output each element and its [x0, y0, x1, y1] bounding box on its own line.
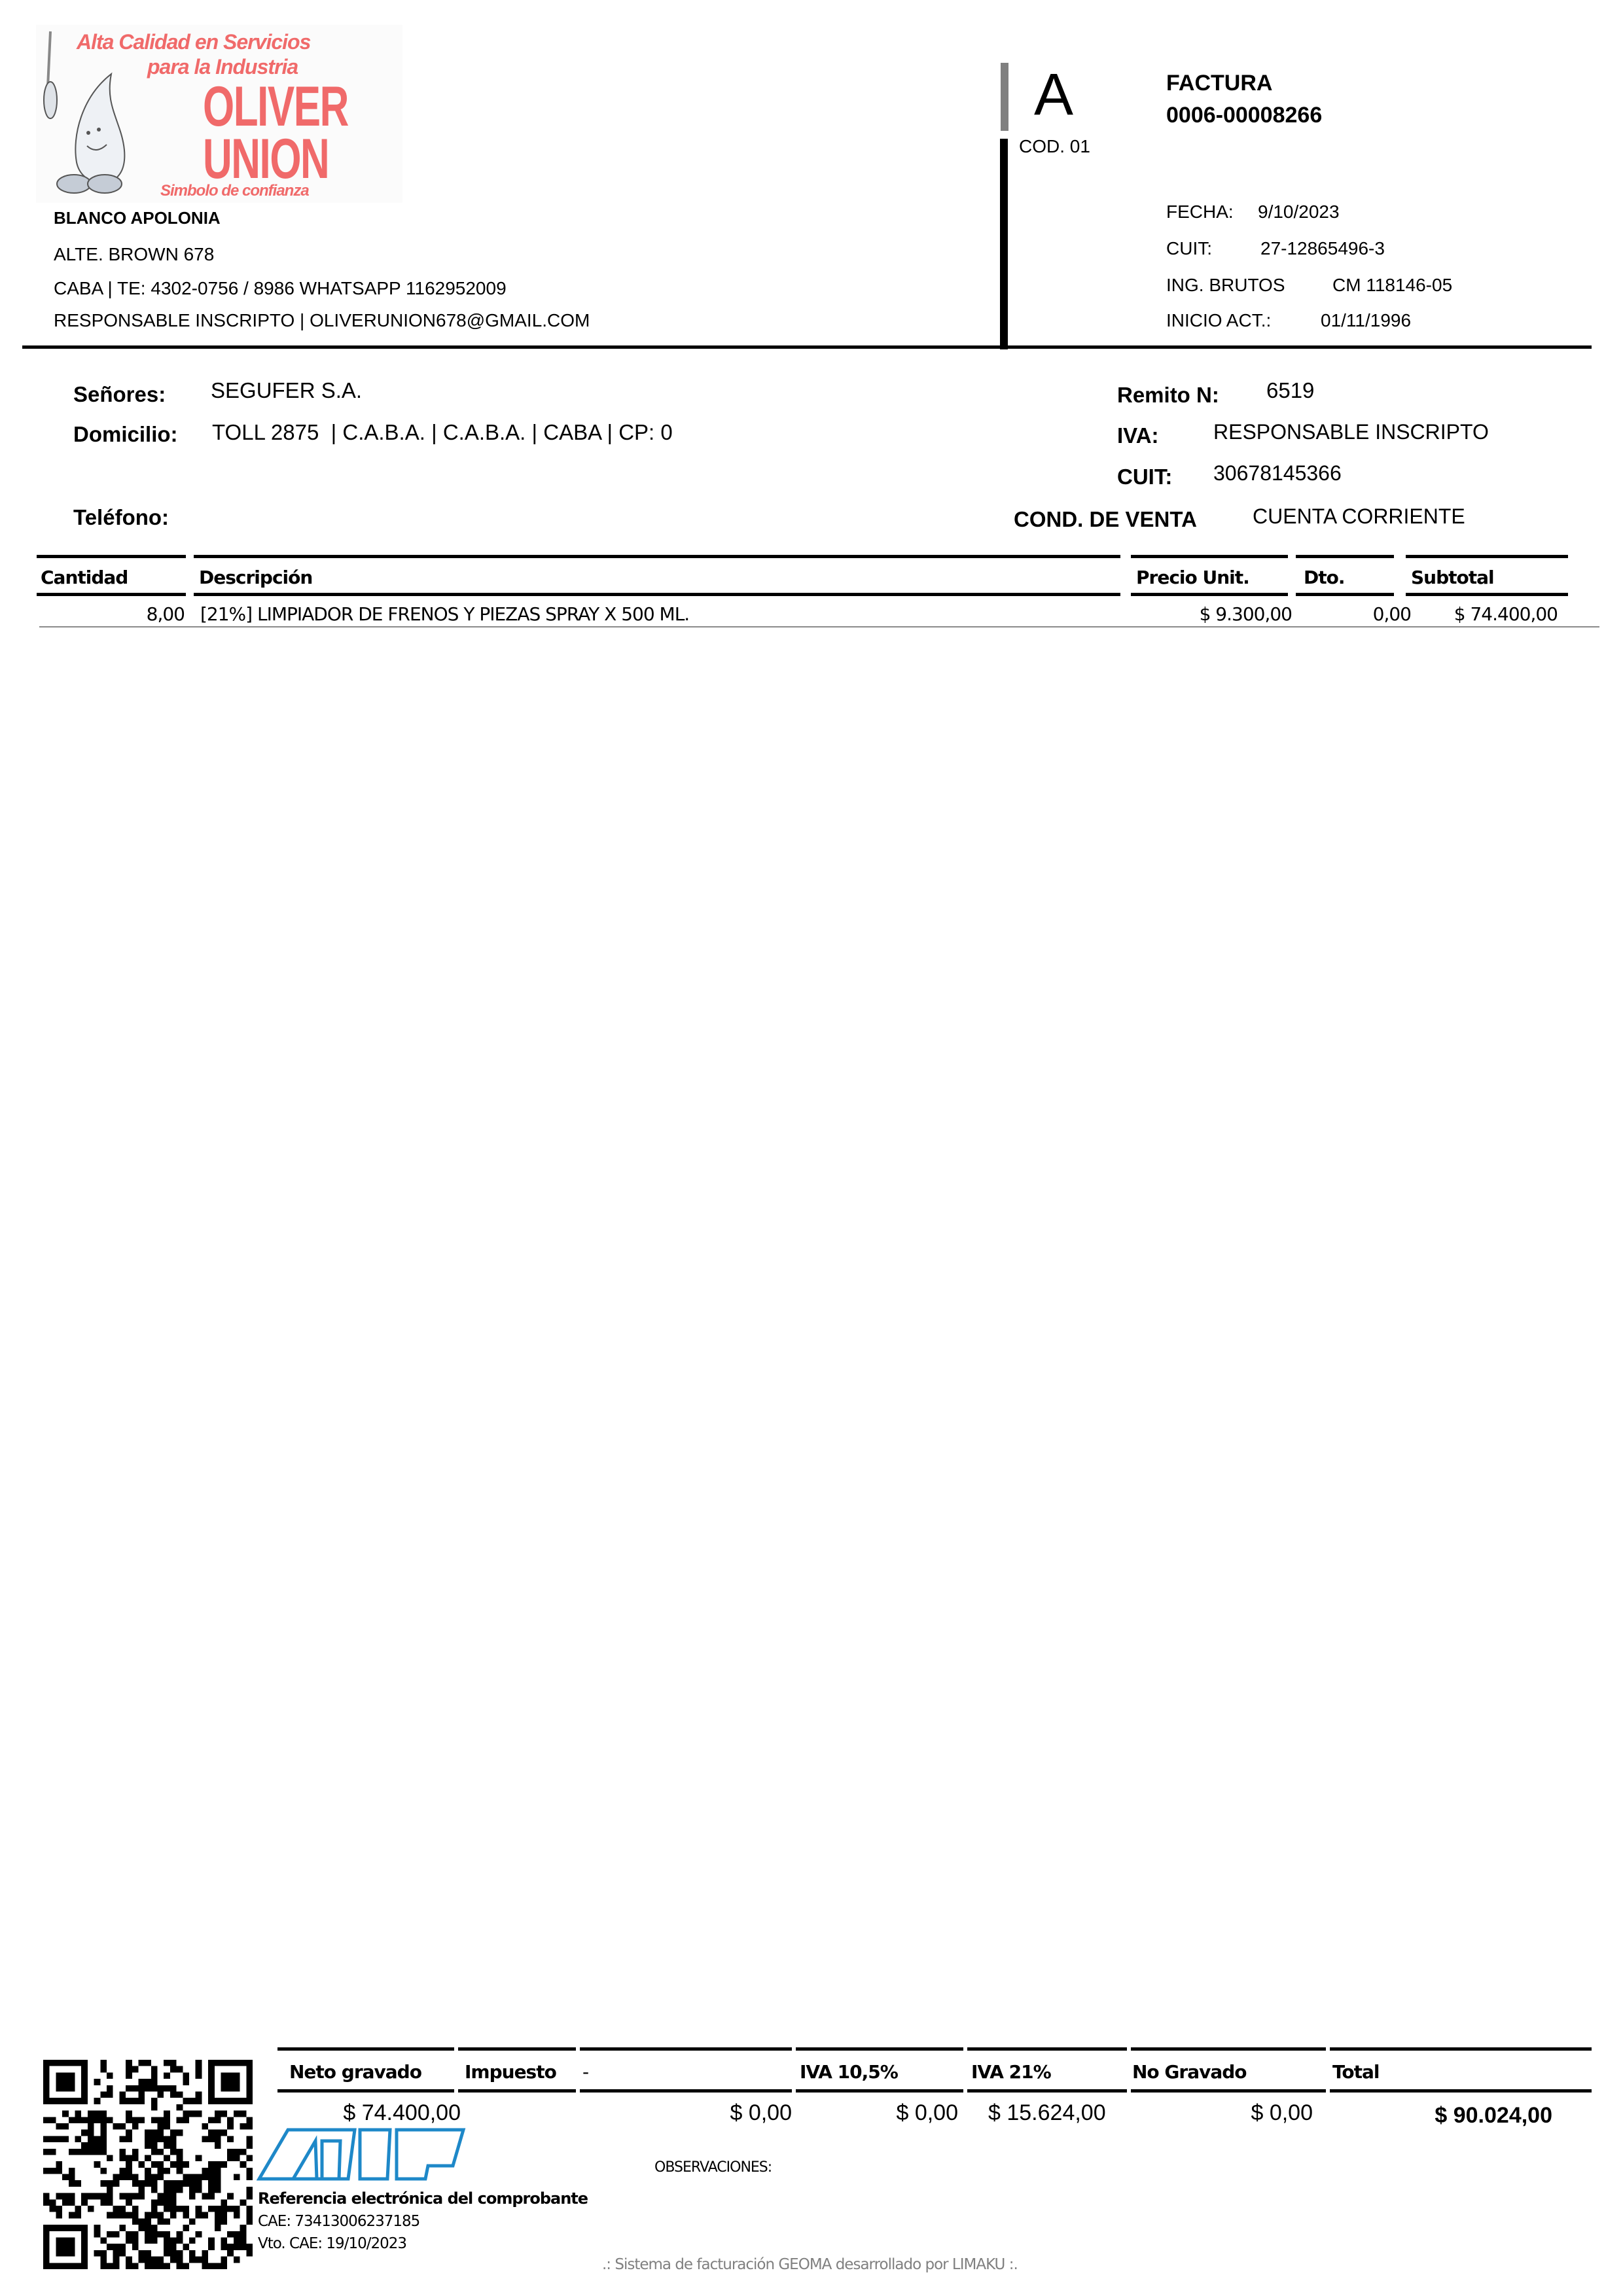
issuer-contact: CABA | TE: 4302-0756 / 8986 WHATSAPP 116… — [54, 278, 507, 299]
header-cantidad: Cantidad — [41, 567, 128, 588]
cond-venta-value: CUENTA CORRIENTE — [1253, 504, 1465, 529]
remito-value: 6519 — [1266, 378, 1314, 403]
observaciones-label: OBSERVACIONES: — [654, 2159, 772, 2176]
header-divider — [22, 345, 1592, 349]
afip-vto-cae: Vto. CAE: 19/10/2023 — [258, 2235, 406, 2252]
col-rule — [967, 2089, 1127, 2093]
col-rule — [796, 2089, 963, 2093]
col-rule — [1296, 555, 1394, 558]
ing-brutos-value: CM 118146-05 — [1332, 275, 1452, 296]
remito-label: Remito N: — [1117, 383, 1219, 408]
logo-slogan: Simbolo de confianza — [160, 182, 309, 200]
customer-cuit-label: CUIT: — [1117, 465, 1172, 489]
senores-value: SEGUFER S.A. — [211, 378, 362, 403]
total-header-dash: - — [582, 2061, 588, 2083]
ing-brutos-label: ING. BRUTOS — [1166, 275, 1285, 296]
qr-code — [43, 2060, 253, 2269]
company-logo: Alta Calidad en Servicios para la Indust… — [36, 25, 402, 203]
total-header-iva-105: IVA 10,5% — [800, 2061, 898, 2083]
customer-cuit-value: 30678145366 — [1213, 461, 1342, 486]
fecha-label: FECHA: — [1166, 202, 1234, 222]
total-value-iva-21: $ 15.624,00 — [988, 2100, 1106, 2126]
total-header-impuesto: Impuesto — [465, 2061, 556, 2083]
col-rule — [458, 2047, 576, 2051]
domicilio-label: Domicilio: — [73, 422, 178, 447]
invoice-code: COD. 01 — [1019, 136, 1090, 157]
senores-label: Señores: — [73, 382, 166, 407]
invoice-letter: A — [1034, 65, 1073, 124]
letter-divider — [1000, 139, 1008, 349]
total-value-no-gravado: $ 0,00 — [1131, 2100, 1313, 2126]
total-value-total: $ 90.024,00 — [1330, 2103, 1552, 2128]
total-header-neto: Neto gravado — [289, 2061, 421, 2083]
col-rule — [1406, 593, 1568, 596]
col-rule — [1330, 2047, 1592, 2051]
col-rule — [194, 555, 1120, 558]
col-rule — [1296, 593, 1394, 596]
telefono-label: Teléfono: — [73, 505, 169, 530]
total-header-no-gravado: No Gravado — [1132, 2061, 1247, 2083]
header-descripcion: Descripción — [199, 567, 312, 588]
total-header-total: Total — [1332, 2061, 1380, 2083]
col-rule — [194, 593, 1120, 596]
total-header-iva-21: IVA 21% — [971, 2061, 1051, 2083]
col-rule — [580, 2047, 792, 2051]
col-rule — [1330, 2089, 1592, 2093]
invoice-type: FACTURA — [1166, 71, 1272, 96]
col-rule — [796, 2047, 963, 2051]
issuer-tax-email: RESPONSABLE INSCRIPTO | OLIVERUNION678@G… — [54, 310, 590, 331]
col-rule — [1131, 2047, 1326, 2051]
col-rule — [458, 2089, 576, 2093]
issuer-address: ALTE. BROWN 678 — [54, 244, 214, 265]
row-divider — [39, 626, 1599, 627]
col-rule — [1131, 555, 1288, 558]
total-value-neto: $ 74.400,00 — [277, 2100, 461, 2126]
iva-label: IVA: — [1117, 423, 1159, 448]
afip-cae: CAE: 73413006237185 — [258, 2213, 419, 2230]
col-rule — [1131, 2089, 1326, 2093]
col-rule — [37, 593, 186, 596]
col-rule — [277, 2089, 454, 2093]
row-descripcion: [21%] LIMPIADOR DE FRENOS Y PIEZAS SPRAY… — [200, 603, 689, 625]
inicio-act-value: 01/11/1996 — [1321, 310, 1411, 331]
col-rule — [580, 2089, 792, 2093]
domicilio-value: TOLL 2875 | C.A.B.A. | C.A.B.A. | CABA |… — [212, 420, 673, 445]
col-rule — [37, 555, 186, 558]
row-cantidad: 8,00 — [41, 603, 185, 625]
logo-brand-2: UNION — [203, 131, 329, 187]
invoice-number: 0006-00008266 — [1166, 103, 1322, 128]
row-precio: $ 9.300,00 — [1126, 603, 1292, 625]
header-dto: Dto. — [1304, 567, 1345, 588]
afip-logo-icon — [257, 2127, 466, 2182]
letter-divider-top — [1001, 63, 1008, 131]
cond-venta-label: COND. DE VENTA — [1014, 507, 1197, 532]
fecha-value: 9/10/2023 — [1258, 202, 1340, 222]
logo-tagline-1: Alta Calidad en Servicios — [77, 30, 310, 54]
afip-ref-title: Referencia electrónica del comprobante — [258, 2189, 588, 2208]
total-value-dash: $ 0,00 — [580, 2100, 792, 2126]
col-rule — [277, 2047, 454, 2051]
col-rule — [1406, 555, 1568, 558]
row-subtotal: $ 74.400,00 — [1406, 603, 1558, 625]
iva-value: RESPONSABLE INSCRIPTO — [1213, 420, 1489, 444]
footer-note: .: Sistema de facturación GEOMA desarrol… — [602, 2256, 1018, 2273]
col-rule — [967, 2047, 1127, 2051]
cuit-label: CUIT: — [1166, 238, 1212, 259]
logo-brand-1: OLIVER — [203, 79, 348, 135]
cuit-value: 27-12865496-3 — [1260, 238, 1385, 259]
col-rule — [1131, 593, 1288, 596]
total-value-iva-105: $ 0,00 — [796, 2100, 958, 2126]
header-subtotal: Subtotal — [1411, 567, 1494, 588]
row-dto: 0,00 — [1296, 603, 1411, 625]
inicio-act-label: INICIO ACT.: — [1166, 310, 1271, 331]
issuer-name: BLANCO APOLONIA — [54, 208, 221, 228]
header-precio-unit: Precio Unit. — [1136, 567, 1249, 588]
